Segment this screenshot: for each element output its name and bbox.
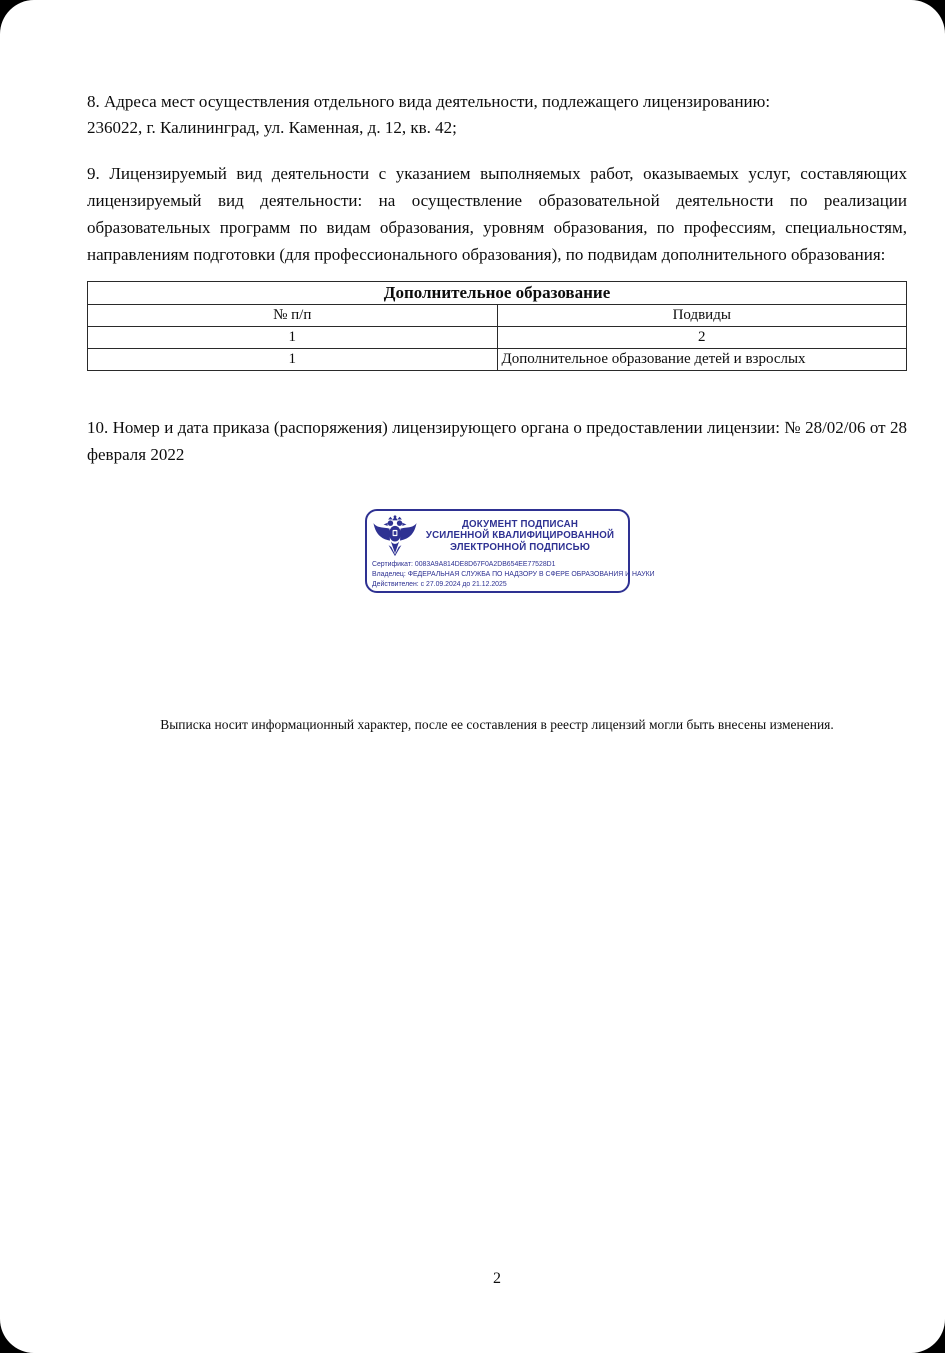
section-9-licensed-activity: 9. Лицензируемый вид деятельности с указ… [87, 160, 907, 268]
table-title-row: Дополнительное образование [88, 282, 907, 305]
validity-label: Действителен: [372, 581, 419, 588]
stamp-title-line-1: ДОКУМЕНТ ПОДПИСАН [418, 519, 622, 531]
stamp-title-line-2: УСИЛЕННОЙ КВАЛИФИЦИРОВАННОЙ [418, 530, 622, 542]
digital-signature-stamp: ДОКУМЕНТ ПОДПИСАН УСИЛЕННОЙ КВАЛИФИЦИРОВ… [365, 509, 630, 593]
stamp-header: ДОКУМЕНТ ПОДПИСАН УСИЛЕННОЙ КВАЛИФИЦИРОВ… [372, 514, 622, 558]
certificate-label: Сертификат: [372, 561, 413, 568]
subtypes-table-container: Дополнительное образование № п/п Подвиды… [87, 281, 907, 371]
section-8-heading: 8. Адреса мест осуществления отдельного … [87, 89, 907, 115]
stamp-title-line-3: ЭЛЕКТРОННОЙ ПОДПИСЬЮ [418, 542, 622, 554]
table-row-number: 1 [88, 349, 498, 371]
coat-of-arms-icon [372, 514, 418, 558]
table-header-subtypes: Подвиды [497, 305, 907, 327]
stamp-title: ДОКУМЕНТ ПОДПИСАН УСИЛЕННОЙ КВАЛИФИЦИРОВ… [418, 519, 622, 554]
table-row-subtype: Дополнительное образование детей и взрос… [497, 349, 907, 371]
stamp-validity-line: Действителен: с 27.09.2024 до 21.12.2025 [372, 580, 622, 590]
document-page: 8. Адреса мест осуществления отдельного … [0, 0, 945, 1353]
table-row: 1 Дополнительное образование детей и взр… [88, 349, 907, 371]
table-header-number: № п/п [88, 305, 498, 327]
section-8-address: 236022, г. Калининград, ул. Каменная, д.… [87, 115, 907, 141]
stamp-certificate-line: Сертификат: 0083A9A814DE8D67F0A2DB654EE7… [372, 560, 622, 570]
section-10-text: 10. Номер и дата приказа (распоряжения) … [87, 418, 907, 464]
table-header-row: № п/п Подвиды [88, 305, 907, 327]
additional-education-table: Дополнительное образование № п/п Подвиды… [87, 281, 907, 371]
section-8-addresses: 8. Адреса мест осуществления отдельного … [87, 89, 907, 141]
table-title: Дополнительное образование [88, 282, 907, 305]
section-9-text: 9. Лицензируемый вид деятельности с указ… [87, 164, 907, 264]
owner-label: Владелец: [372, 571, 406, 578]
stamp-details: Сертификат: 0083A9A814DE8D67F0A2DB654EE7… [372, 560, 622, 591]
footnote: Выписка носит информационный характер, п… [87, 716, 907, 733]
table-colnum-1: 1 [88, 327, 498, 349]
section-10-order-info: 10. Номер и дата приказа (распоряжения) … [87, 414, 907, 468]
page-number: 2 [87, 1270, 907, 1288]
validity-value: с 27.09.2024 до 21.12.2025 [421, 581, 507, 588]
certificate-value: 0083A9A814DE8D67F0A2DB654EE77528D1 [415, 561, 556, 568]
table-column-number-row: 1 2 [88, 327, 907, 349]
owner-value: ФЕДЕРАЛЬНАЯ СЛУЖБА ПО НАДЗОРУ В СФЕРЕ ОБ… [408, 571, 655, 578]
table-colnum-2: 2 [497, 327, 907, 349]
stamp-owner-line: Владелец: ФЕДЕРАЛЬНАЯ СЛУЖБА ПО НАДЗОРУ … [372, 570, 622, 580]
